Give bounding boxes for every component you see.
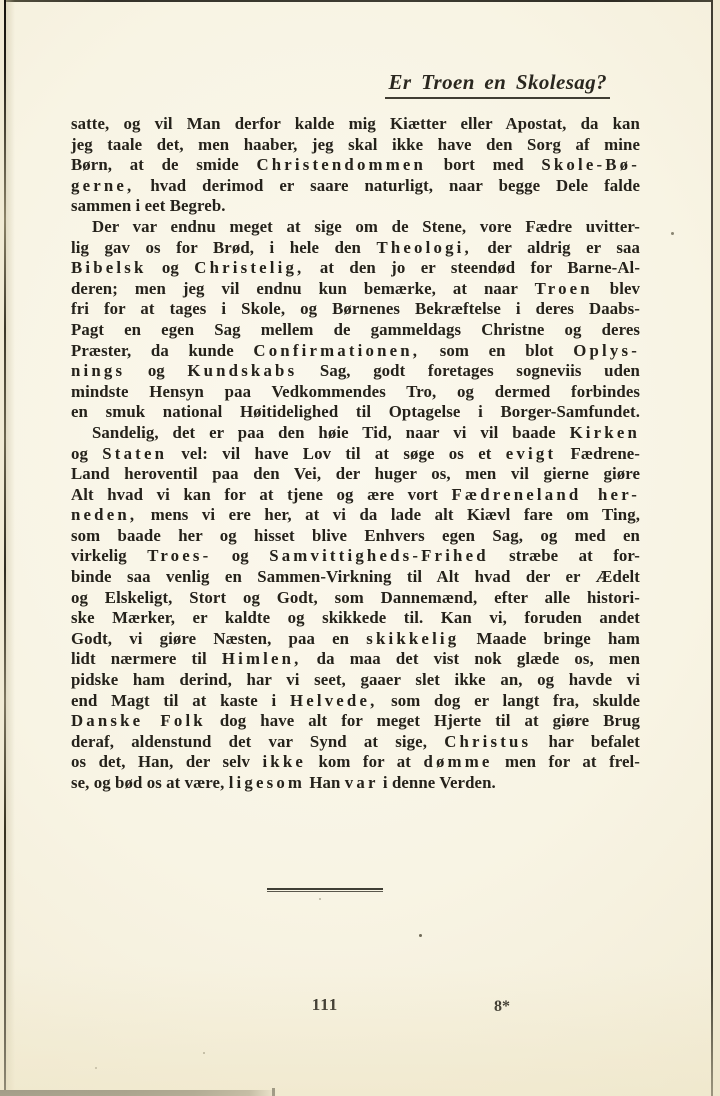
text-segment: Sandelig, det er paa den høie Tid, naar … <box>92 423 570 442</box>
text-line: binde saa venlig en Sammen-Virkning til … <box>71 567 640 588</box>
text-segment: sammen i eet Begreb. <box>71 196 226 215</box>
emphasized-text: Kirken <box>570 423 640 442</box>
text-segment: som baade her og hisset blive Enhvers eg… <box>71 526 640 545</box>
text-segment: Alt hvad vi kan for at tjene og ære vort <box>71 485 451 504</box>
text-segment: da maa det vist nok glæde os, men <box>302 649 640 668</box>
scanned-book-page: Er Troen en Skolesag? satte, og vil Man … <box>0 0 720 1096</box>
ink-speck <box>95 1067 97 1069</box>
text-segment: Han <box>305 773 345 792</box>
emphasized-text: Oplys- <box>573 341 640 360</box>
emphasized-text: Kundskabs <box>187 361 297 380</box>
text-line: virkelig Troes- og Samvittigheds-Frihed … <box>71 546 640 567</box>
page-edge-bottom-tick <box>272 1088 275 1096</box>
text-line: end Magt til at kaste i Helvede, som dog… <box>71 691 640 712</box>
emphasized-text: Fædreneland her- <box>451 485 640 504</box>
text-line: se, og bød os at være, ligesom Han var i… <box>71 773 640 794</box>
ink-speck <box>419 934 422 937</box>
text-line: som baade her og hisset blive Enhvers eg… <box>71 526 640 547</box>
text-segment: som en blot <box>420 341 573 360</box>
text-segment: der aldrig er saa <box>472 238 640 257</box>
text-line: ske Mærker, er kaldte og skikkede til. K… <box>71 608 640 629</box>
text-segment: end Magt til at kaste i <box>71 691 290 710</box>
text-segment: og <box>211 546 269 565</box>
emphasized-text: Skole-Bø- <box>541 155 640 174</box>
text-segment: jeg taale det, men haaber, jeg skal ikke… <box>71 135 640 154</box>
paper-vignette <box>0 966 720 1096</box>
emphasized-text: nings <box>71 361 125 380</box>
text-segment: se, og bød os at være, <box>71 773 229 792</box>
running-header-title: Er Troen en Skolesag? <box>385 70 610 99</box>
emphasized-text: skikkelig <box>366 629 459 648</box>
text-segment: og <box>71 444 102 463</box>
section-divider-rule <box>267 888 383 892</box>
text-segment: og Elskeligt, Stort og Godt, som Dannemæ… <box>71 588 640 607</box>
text-line: Land heroventil paa den Vei, der huger o… <box>71 464 640 485</box>
emphasized-text: Christelig, <box>194 258 304 277</box>
text-line: Godt, vi giøre Næsten, paa en skikkelig … <box>71 629 640 650</box>
running-header: Er Troen en Skolesag? <box>0 70 610 99</box>
emphasized-text: Troen <box>535 279 593 298</box>
text-segment: os det, Han, der selv <box>71 752 262 771</box>
text-segment: Land heroventil paa den Vei, der huger o… <box>71 464 640 483</box>
text-segment: Pagt en egen Sag mellem de gammeldags Ch… <box>71 320 640 339</box>
text-line: deraf, aldenstund det var Synd at sige, … <box>71 732 640 753</box>
text-segment: pidske ham derind, har vi seet, gaaer sl… <box>71 670 640 689</box>
text-line: jeg taale det, men haaber, jeg skal ikke… <box>71 135 640 156</box>
text-line: en smuk national Høitidelighed til Optag… <box>71 402 640 423</box>
text-segment: deraf, aldenstund det var Synd at sige, <box>71 732 444 751</box>
text-line: deren; men jeg vil endnu kun bemærke, at… <box>71 279 640 300</box>
text-line: neden, mens vi ere her, at vi da lade al… <box>71 505 640 526</box>
text-line: pidske ham derind, har vi seet, gaaer sl… <box>71 670 640 691</box>
text-segment: Børn, at de smide <box>71 155 256 174</box>
page-edge-top <box>0 0 720 2</box>
emphasized-text: var <box>345 773 379 792</box>
text-line: Børn, at de smide Christendommen bort me… <box>71 155 640 176</box>
text-line: gerne, hvad derimod er saare naturligt, … <box>71 176 640 197</box>
ink-speck <box>203 1052 205 1054</box>
emphasized-text: ligesom <box>229 773 305 792</box>
emphasized-text: ikke <box>262 752 306 771</box>
text-segment: en smuk national Høitidelighed til Optag… <box>71 402 640 421</box>
text-line: Alt hvad vi kan for at tjene og ære vort… <box>71 485 640 506</box>
emphasized-text: Theologi, <box>377 238 472 257</box>
text-segment: Der var endnu meget at sige om de Stene,… <box>92 217 640 236</box>
text-segment: dog have alt for meget Hjerte til at giø… <box>206 711 640 730</box>
text-segment: og <box>147 258 195 277</box>
text-line: og Staten vel: vil have Lov til at søge … <box>71 444 640 465</box>
text-segment: i denne Verden. <box>379 773 496 792</box>
text-line: lidt nærmere til Himlen, da maa det vist… <box>71 649 640 670</box>
page-edge-bottom-shadow <box>0 1090 277 1096</box>
text-segment: lidt nærmere til <box>71 649 222 668</box>
text-line: Præster, da kunde Confirmationen, som en… <box>71 341 640 362</box>
text-line: Bibelsk og Christelig, at den jo er stee… <box>71 258 640 279</box>
text-segment: deren; men jeg vil endnu kun bemærke, at… <box>71 279 535 298</box>
text-segment: og <box>125 361 187 380</box>
text-line: Der var endnu meget at sige om de Stene,… <box>71 217 640 238</box>
text-line: lig gav os for Brød, i hele den Theologi… <box>71 238 640 259</box>
text-segment: vel: vil have Lov til at søge os et <box>167 444 506 463</box>
emphasized-text: Christendommen <box>256 155 426 174</box>
text-segment: som dog er langt fra, skulde <box>377 691 640 710</box>
text-line: satte, og vil Man derfor kalde mig Kiætt… <box>71 114 640 135</box>
text-line: mindste Hensyn paa Vedkommendes Tro, og … <box>71 382 640 403</box>
text-segment: hvad derimod er saare naturligt, naar be… <box>134 176 640 195</box>
emphasized-text: Danske Folk <box>71 711 206 730</box>
emphasized-text: neden, <box>71 505 137 524</box>
emphasized-text: gerne, <box>71 176 134 195</box>
text-segment: blev <box>593 279 640 298</box>
text-segment: stræbe at for- <box>489 546 640 565</box>
emphasized-text: Staten <box>102 444 167 463</box>
text-segment: ske Mærker, er kaldte og skikkede til. K… <box>71 608 640 627</box>
text-line: og Elskeligt, Stort og Godt, som Dannemæ… <box>71 588 640 609</box>
text-segment: virkelig <box>71 546 147 565</box>
text-segment: at den jo er steendød for Barne-Al- <box>304 258 640 277</box>
text-line: fri for at tages i Skole, og Børnenes Be… <box>71 299 640 320</box>
emphasized-text: Christus <box>444 732 531 751</box>
emphasized-text: Himlen, <box>222 649 302 668</box>
ink-speck <box>319 898 321 900</box>
text-segment: satte, og vil Man derfor kalde mig Kiætt… <box>71 114 640 133</box>
text-segment: Godt, vi giøre Næsten, paa en <box>71 629 366 648</box>
text-line: nings og Kundskabs Sag, godt foretages s… <box>71 361 640 382</box>
ink-speck <box>671 232 674 235</box>
emphasized-text: Bibelsk <box>71 258 147 277</box>
text-segment: Fædrene- <box>556 444 640 463</box>
body-text: satte, og vil Man derfor kalde mig Kiætt… <box>71 114 640 794</box>
emphasized-text: Confirmationen, <box>253 341 420 360</box>
text-segment: Sag, godt foretages sogneviis uden <box>297 361 640 380</box>
text-segment: Maade bringe ham <box>459 629 640 648</box>
signature-mark: 8* <box>480 998 524 1016</box>
text-segment: kom for at <box>306 752 423 771</box>
text-segment: lig gav os for Brød, i hele den <box>71 238 377 257</box>
text-segment: fri for at tages i Skole, og Børnenes Be… <box>71 299 640 318</box>
emphasized-text: Helvede, <box>290 691 378 710</box>
emphasized-text: Samvittigheds-Frihed <box>269 546 489 565</box>
emphasized-text: dømme <box>423 752 492 771</box>
text-segment: mindste Hensyn paa Vedkommendes Tro, og … <box>71 382 640 401</box>
text-segment: bort med <box>426 155 541 174</box>
page-edge-right-line <box>711 0 713 1096</box>
emphasized-text: Troes- <box>147 546 211 565</box>
page-number: 111 <box>299 995 351 1015</box>
text-line: sammen i eet Begreb. <box>71 196 640 217</box>
text-line: Sandelig, det er paa den høie Tid, naar … <box>71 423 640 444</box>
text-segment: binde saa venlig en Sammen-Virkning til … <box>71 567 640 586</box>
text-segment: har befalet <box>531 732 640 751</box>
text-line: Pagt en egen Sag mellem de gammeldags Ch… <box>71 320 640 341</box>
text-segment: mens vi ere her, at vi da lade alt Kiævl… <box>137 505 640 524</box>
text-line: os det, Han, der selv ikke kom for at dø… <box>71 752 640 773</box>
text-segment: men for at frel- <box>493 752 640 771</box>
page-edge-right-margin <box>713 0 720 1096</box>
page-edge-left-shade <box>6 0 15 1096</box>
text-line: Danske Folk dog have alt for meget Hjert… <box>71 711 640 732</box>
emphasized-text: evigt <box>506 444 556 463</box>
text-segment: Præster, da kunde <box>71 341 253 360</box>
